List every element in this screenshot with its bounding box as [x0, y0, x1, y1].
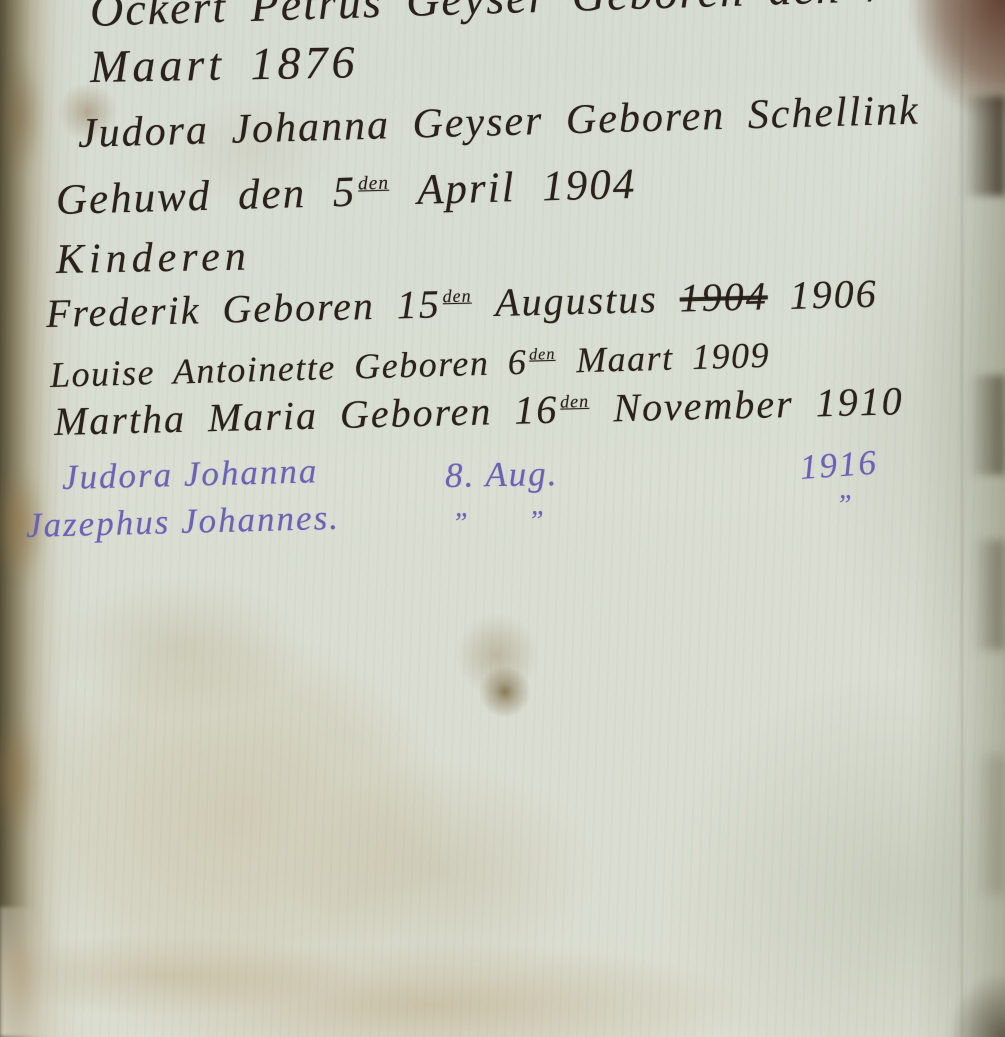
ditto-mark-month: ” — [528, 506, 546, 538]
marriage-year: April 1904 — [391, 161, 637, 215]
register-page-photo: Ockert Petrus Geyser Geboren den 7 Maart… — [0, 0, 1005, 1037]
frederik-month: Augustus — [473, 276, 680, 326]
superscript-den: den — [560, 391, 589, 412]
entry-wife-name: Judora Johanna Geyser Geboren Schellink — [77, 87, 920, 158]
dark-corner-top-right — [909, 0, 1005, 122]
torn-edge-patch-right-2 — [969, 375, 1005, 475]
louise-text: Louise Antoinette Geboren 6 — [49, 342, 527, 395]
struck-out-year: 1904 — [679, 273, 768, 320]
marriage-text: Gehuwd den 5 — [55, 169, 357, 224]
entry-husband-birthdate: Maart 1876 — [90, 35, 359, 93]
torn-edge-patch-right-3 — [973, 540, 1005, 650]
binding-stain-3 — [0, 720, 40, 830]
martha-year: November 1910 — [591, 378, 904, 431]
entry-husband-name: Ockert Petrus Geyser Geboren den 7 — [89, 0, 890, 37]
superscript-den: den — [442, 285, 471, 306]
torn-edge-patch-right-4 — [977, 755, 1005, 895]
judora-name: Judora Johanna — [61, 451, 318, 498]
frederik-year: 1906 — [767, 271, 878, 319]
dark-corner-bottom-right — [951, 975, 1005, 1037]
jazephus-name: Jazephus Johannes. — [25, 498, 340, 546]
torn-edge-patch-right-1 — [963, 96, 1005, 196]
judora-day: 8. Aug. — [445, 454, 559, 496]
torn-corner-bottom-left — [0, 907, 70, 1037]
entry-marriage-date: Gehuwd den 5den April 1904 — [55, 160, 637, 225]
martha-text: Martha Maria Geboren 16 — [53, 387, 558, 444]
binding-stain-1 — [4, 60, 44, 170]
superscript-den: den — [529, 345, 556, 364]
louise-year: Maart 1909 — [557, 335, 771, 381]
ditto-mark-year: ” — [836, 490, 854, 522]
frederik-text: Frederik Geboren 15 — [45, 281, 441, 336]
children-heading: Kinderen — [56, 233, 252, 284]
binding-stain-4 — [0, 930, 36, 1030]
ditto-mark-day: ” — [452, 508, 470, 540]
judora-year: 1916 — [799, 443, 880, 488]
page-crease-line — [961, 0, 963, 1037]
superscript-den: den — [358, 172, 390, 194]
